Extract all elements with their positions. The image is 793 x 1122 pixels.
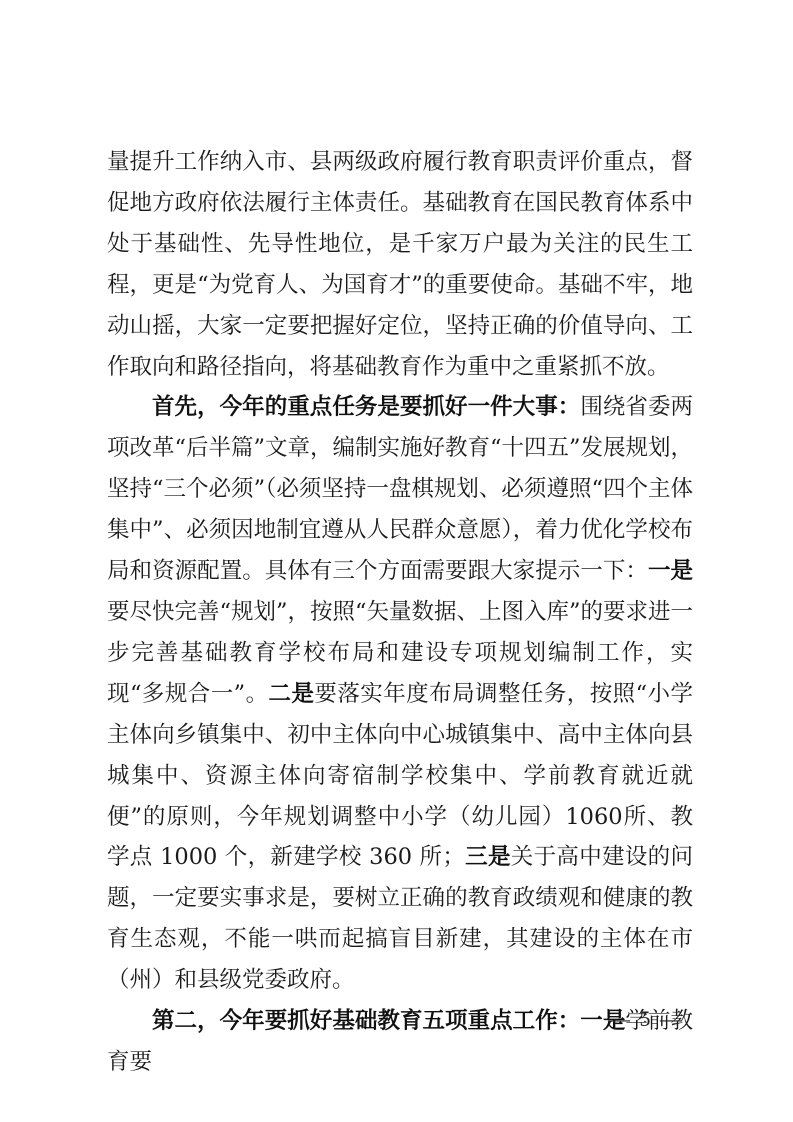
paragraph-1: 量提升工作纳入市、县两级政府履行教育职责评价重点，督促地方政府依法履行主体责任。… <box>107 142 693 387</box>
page-number: — 5 — <box>608 1006 684 1032</box>
heading-second-task: 第二，今年要抓好基础教育五项重点工作：一是 <box>152 1008 625 1034</box>
point-two-label: 二是 <box>269 681 315 707</box>
document-body: 量提升工作纳入市、县两级政府履行教育职责评价重点，督促地方政府依法履行主体责任。… <box>107 142 693 1083</box>
point-one-label: 一是 <box>648 558 693 584</box>
paragraph-2-text-a: 围绕省委两项改革“后半篇”文章，编制实施好教育“十四五”发展规划，坚持“三个必须… <box>107 394 693 584</box>
point-three-label: 三是 <box>465 844 511 870</box>
paragraph-3: 第二，今年要抓好基础教育五项重点工作：一是学前教育要 <box>107 1001 693 1083</box>
paragraph-2-text-c: 要落实年度布局调整任务，按照“小学主体向乡镇集中、初中主体向中心城镇集中、高中主… <box>107 681 693 871</box>
heading-first-task: 首先，今年的重点任务是要抓好一件大事： <box>152 394 580 420</box>
paragraph-1-text: 量提升工作纳入市、县两级政府履行教育职责评价重点，督促地方政府依法履行主体责任。… <box>107 149 693 380</box>
paragraph-2: 首先，今年的重点任务是要抓好一件大事：围绕省委两项改革“后半篇”文章，编制实施好… <box>107 387 693 1001</box>
